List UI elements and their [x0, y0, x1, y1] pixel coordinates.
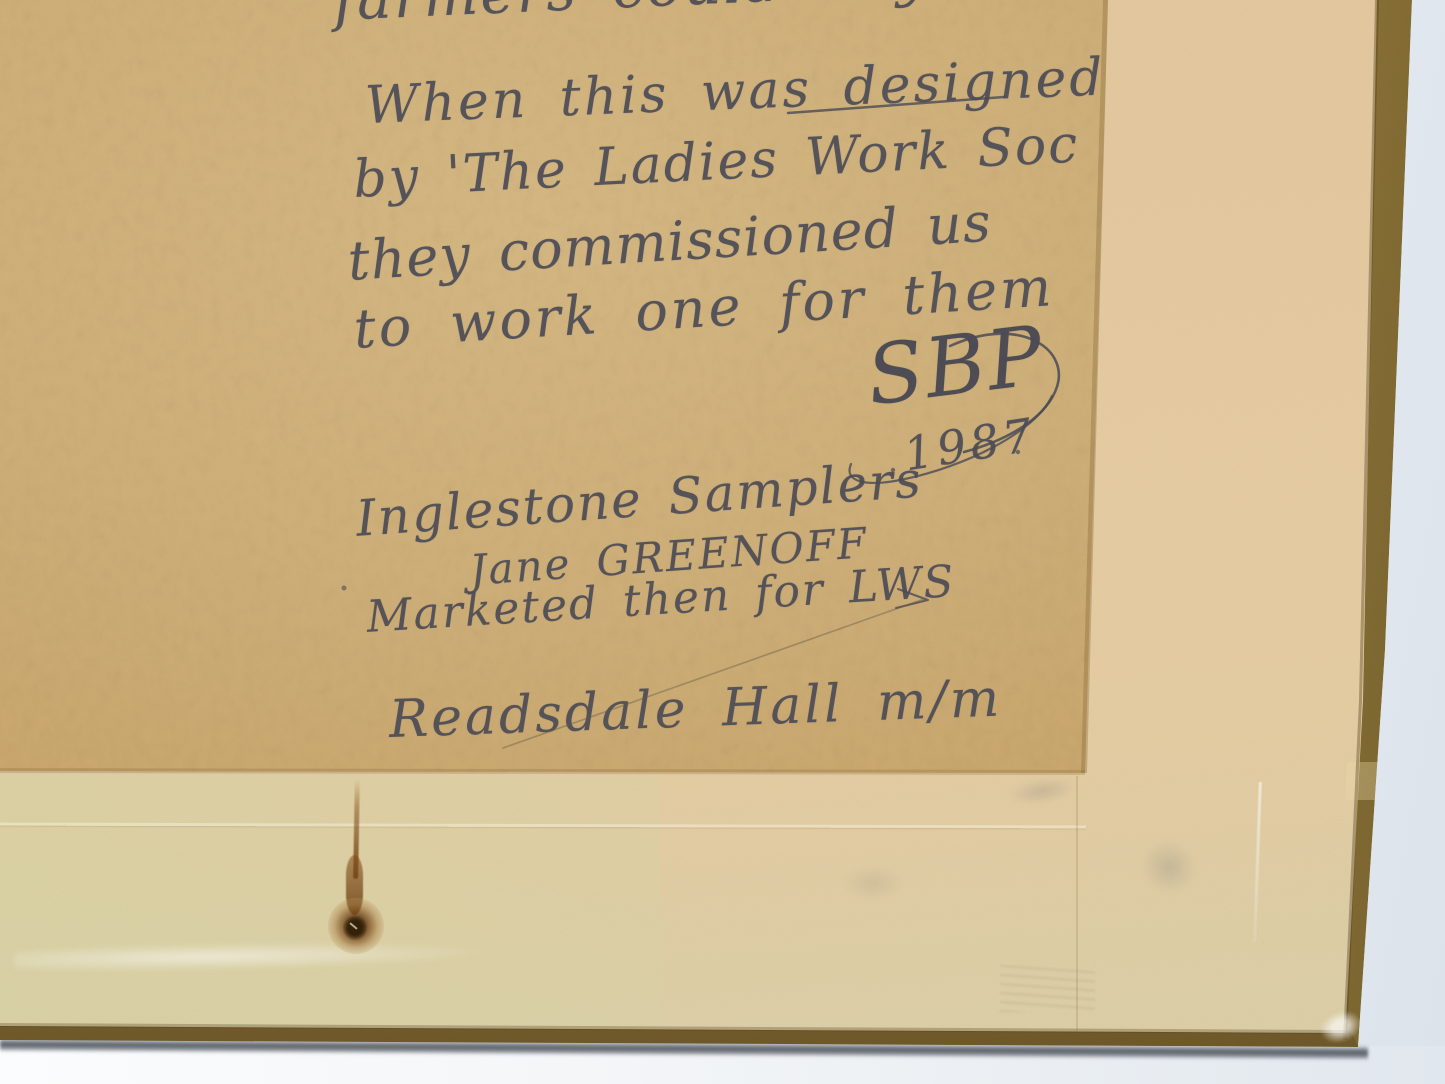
frame-back-panel: farmers could buy a chart When this was …: [0, 0, 1445, 1084]
paper-texture: [0, 0, 1445, 1084]
